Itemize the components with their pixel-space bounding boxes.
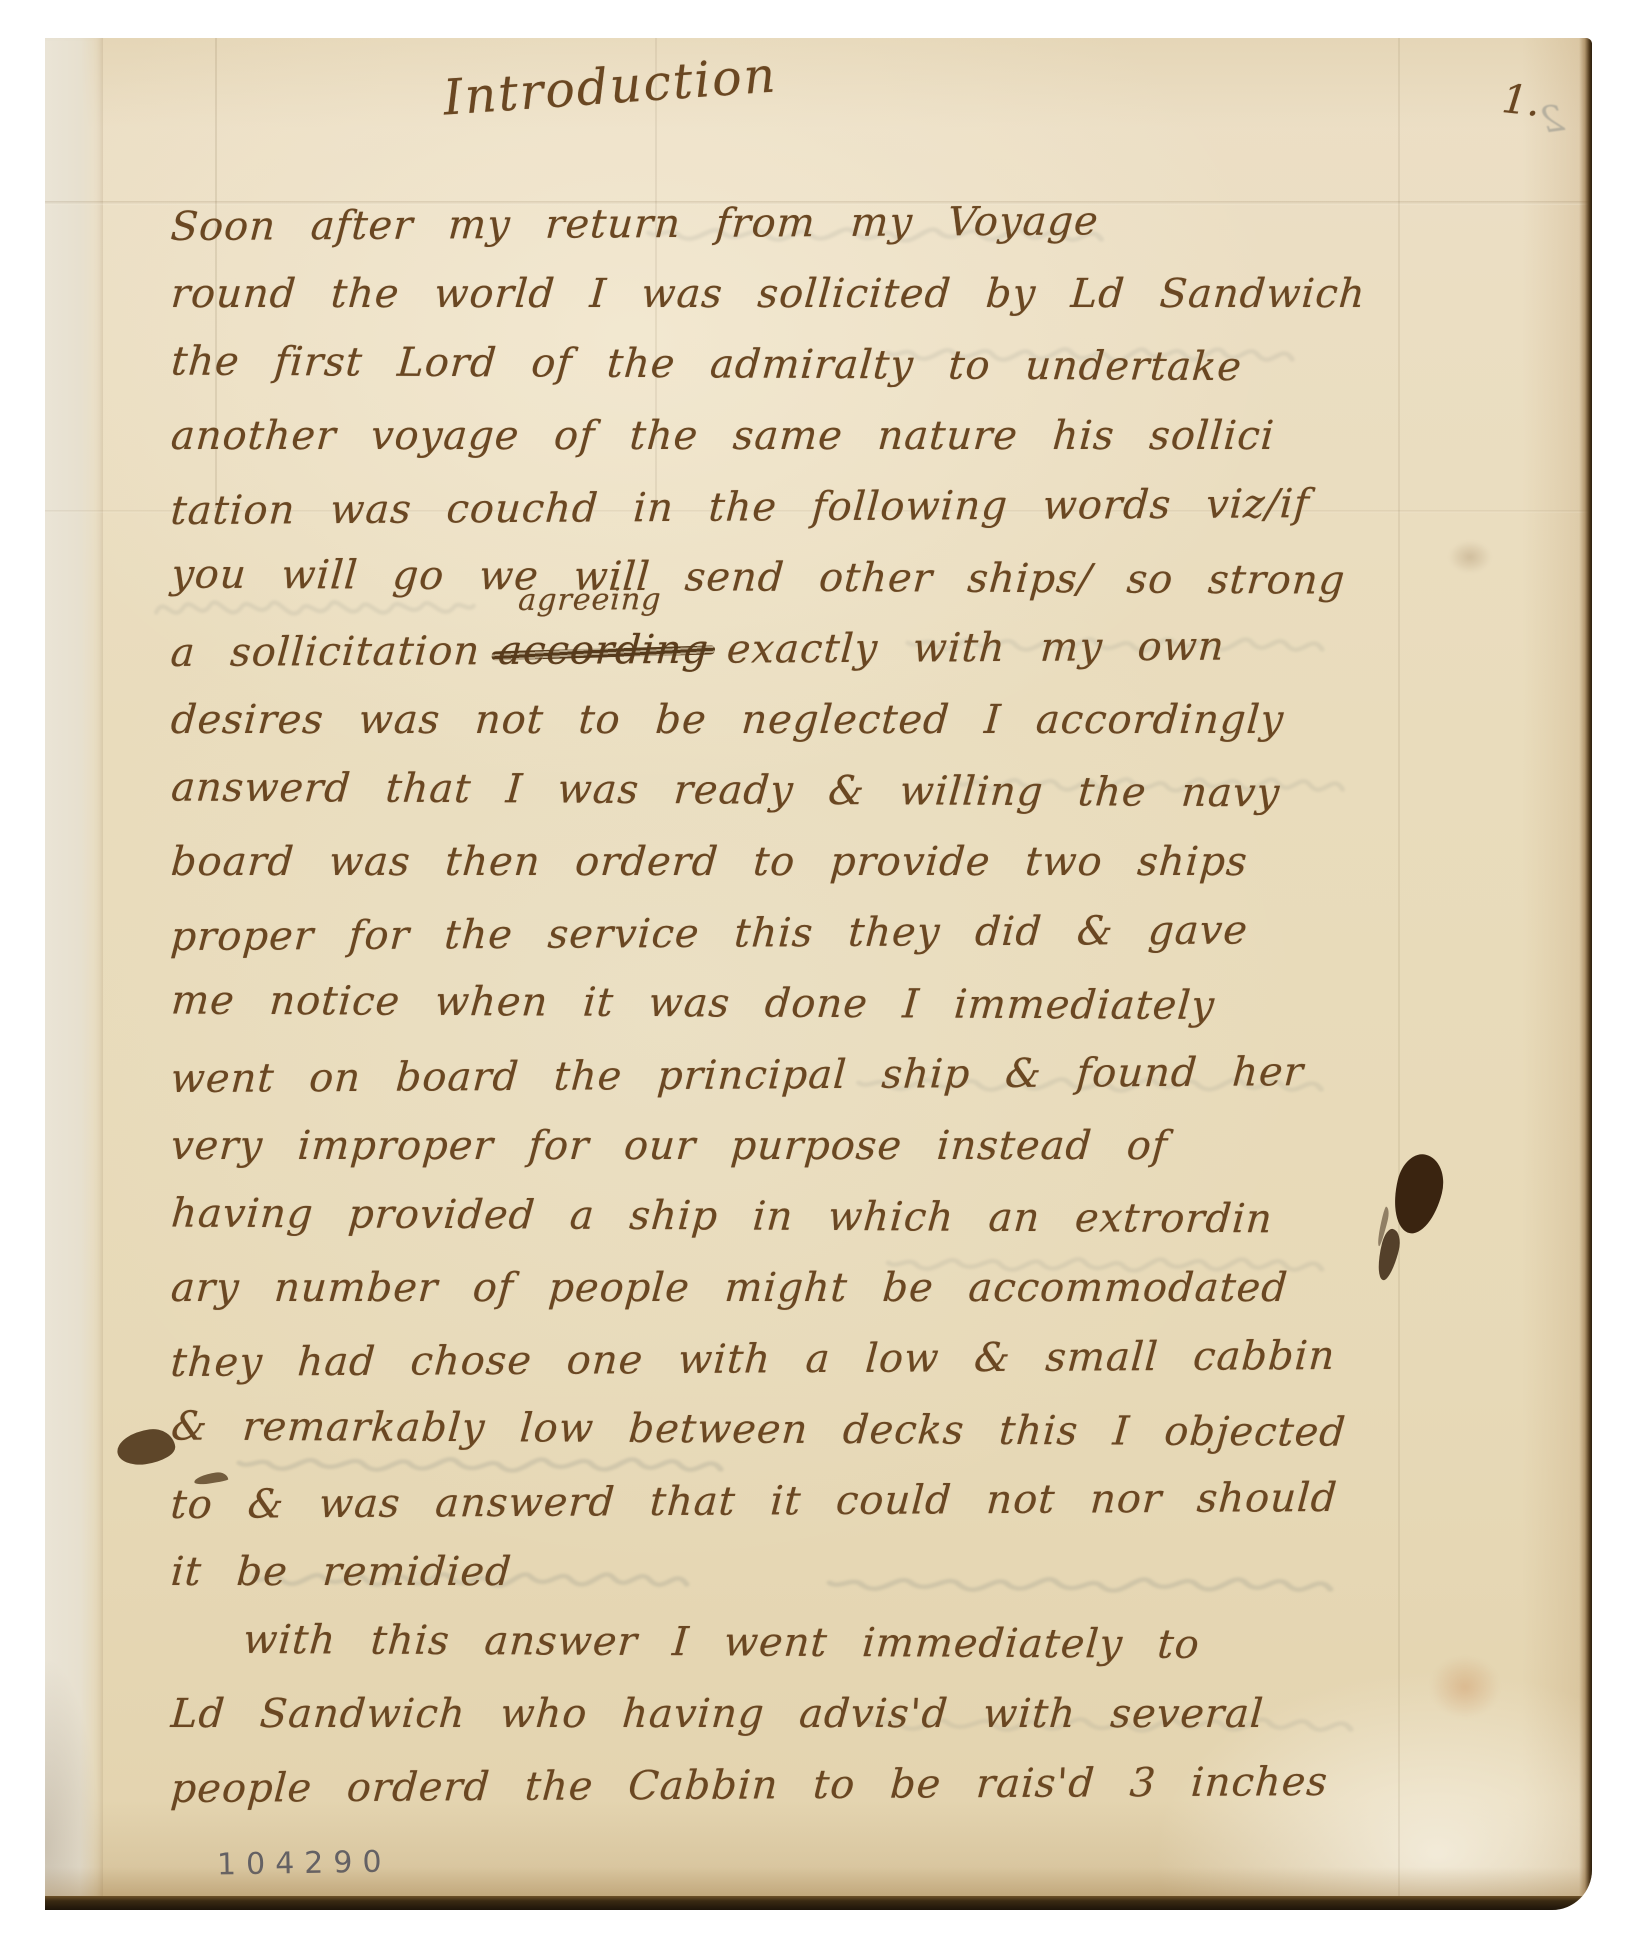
page-title: Introduction bbox=[441, 46, 778, 126]
manuscript-line: Soon after my return from my Voyage bbox=[168, 184, 1503, 263]
paper-smudge bbox=[1440, 534, 1500, 580]
manuscript-page: Introduction 1. 2 Soon after my return f… bbox=[45, 38, 1592, 1910]
manuscript-line: you will go we will send other ships/ so… bbox=[169, 540, 1504, 618]
line-segment: a sollicitation bbox=[169, 628, 481, 676]
paper-stain bbox=[1417, 1644, 1513, 1730]
manuscript-line: the first Lord of the admiralty to under… bbox=[169, 327, 1504, 405]
manuscript-body: Soon after my return from my Voyage roun… bbox=[171, 188, 1501, 1821]
manuscript-line: & remarkably low between decks this I ob… bbox=[169, 1392, 1504, 1470]
manuscript-line: with this answer I went immediately to bbox=[169, 1605, 1504, 1683]
manuscript-line: desires was not to be neglected I accord… bbox=[169, 685, 1504, 756]
manuscript-line: having provided a ship in which an extro… bbox=[169, 1179, 1504, 1257]
inserted-word-above: agreeing bbox=[517, 585, 662, 616]
binding-shadow bbox=[45, 1490, 135, 1910]
page-right-edge bbox=[1579, 38, 1592, 1910]
page-bottom-edge bbox=[45, 1896, 1592, 1910]
manuscript-line: Ld Sandwich who having advis'd with seve… bbox=[169, 1679, 1504, 1750]
manuscript-line: very improper for our purpose instead of bbox=[169, 1111, 1504, 1182]
line-segment: exactly with my own bbox=[726, 624, 1227, 673]
manuscript-line-with-correction: a sollicitationaccordingagreeingexactly … bbox=[168, 610, 1503, 689]
manuscript-line: ary number of people might be accommodat… bbox=[169, 1253, 1504, 1324]
manuscript-line: proper for the service this they did & g… bbox=[168, 894, 1503, 973]
manuscript-line: it be remidied bbox=[169, 1537, 1504, 1608]
manuscript-line: to & was answerd that it could not nor s… bbox=[168, 1462, 1503, 1541]
manuscript-line: me notice when it was done I immediately bbox=[169, 966, 1504, 1044]
manuscript-line: round the world I was sollicited by Ld S… bbox=[169, 259, 1504, 330]
struck-out-word: accordingagreeing bbox=[496, 615, 711, 687]
show-through-page-number: 2 bbox=[1538, 99, 1566, 143]
manuscript-line: board was then orderd to provide two shi… bbox=[169, 827, 1504, 898]
manuscript-line: they had chose one with a low & small ca… bbox=[168, 1320, 1503, 1399]
manuscript-line: went on board the principal ship & found… bbox=[168, 1036, 1503, 1115]
manuscript-line: another voyage of the same nature his so… bbox=[169, 401, 1504, 472]
manuscript-line: answerd that I was ready & willing the n… bbox=[169, 753, 1504, 831]
page-number: 1. bbox=[1500, 76, 1543, 126]
bottom-edge-shading bbox=[45, 1867, 1592, 1897]
manuscript-line: tation was couchd in the following words… bbox=[168, 468, 1503, 547]
manuscript-line: people orderd the Cabbin to be rais'd 3 … bbox=[168, 1746, 1503, 1825]
struck-word-text: according bbox=[497, 627, 711, 674]
